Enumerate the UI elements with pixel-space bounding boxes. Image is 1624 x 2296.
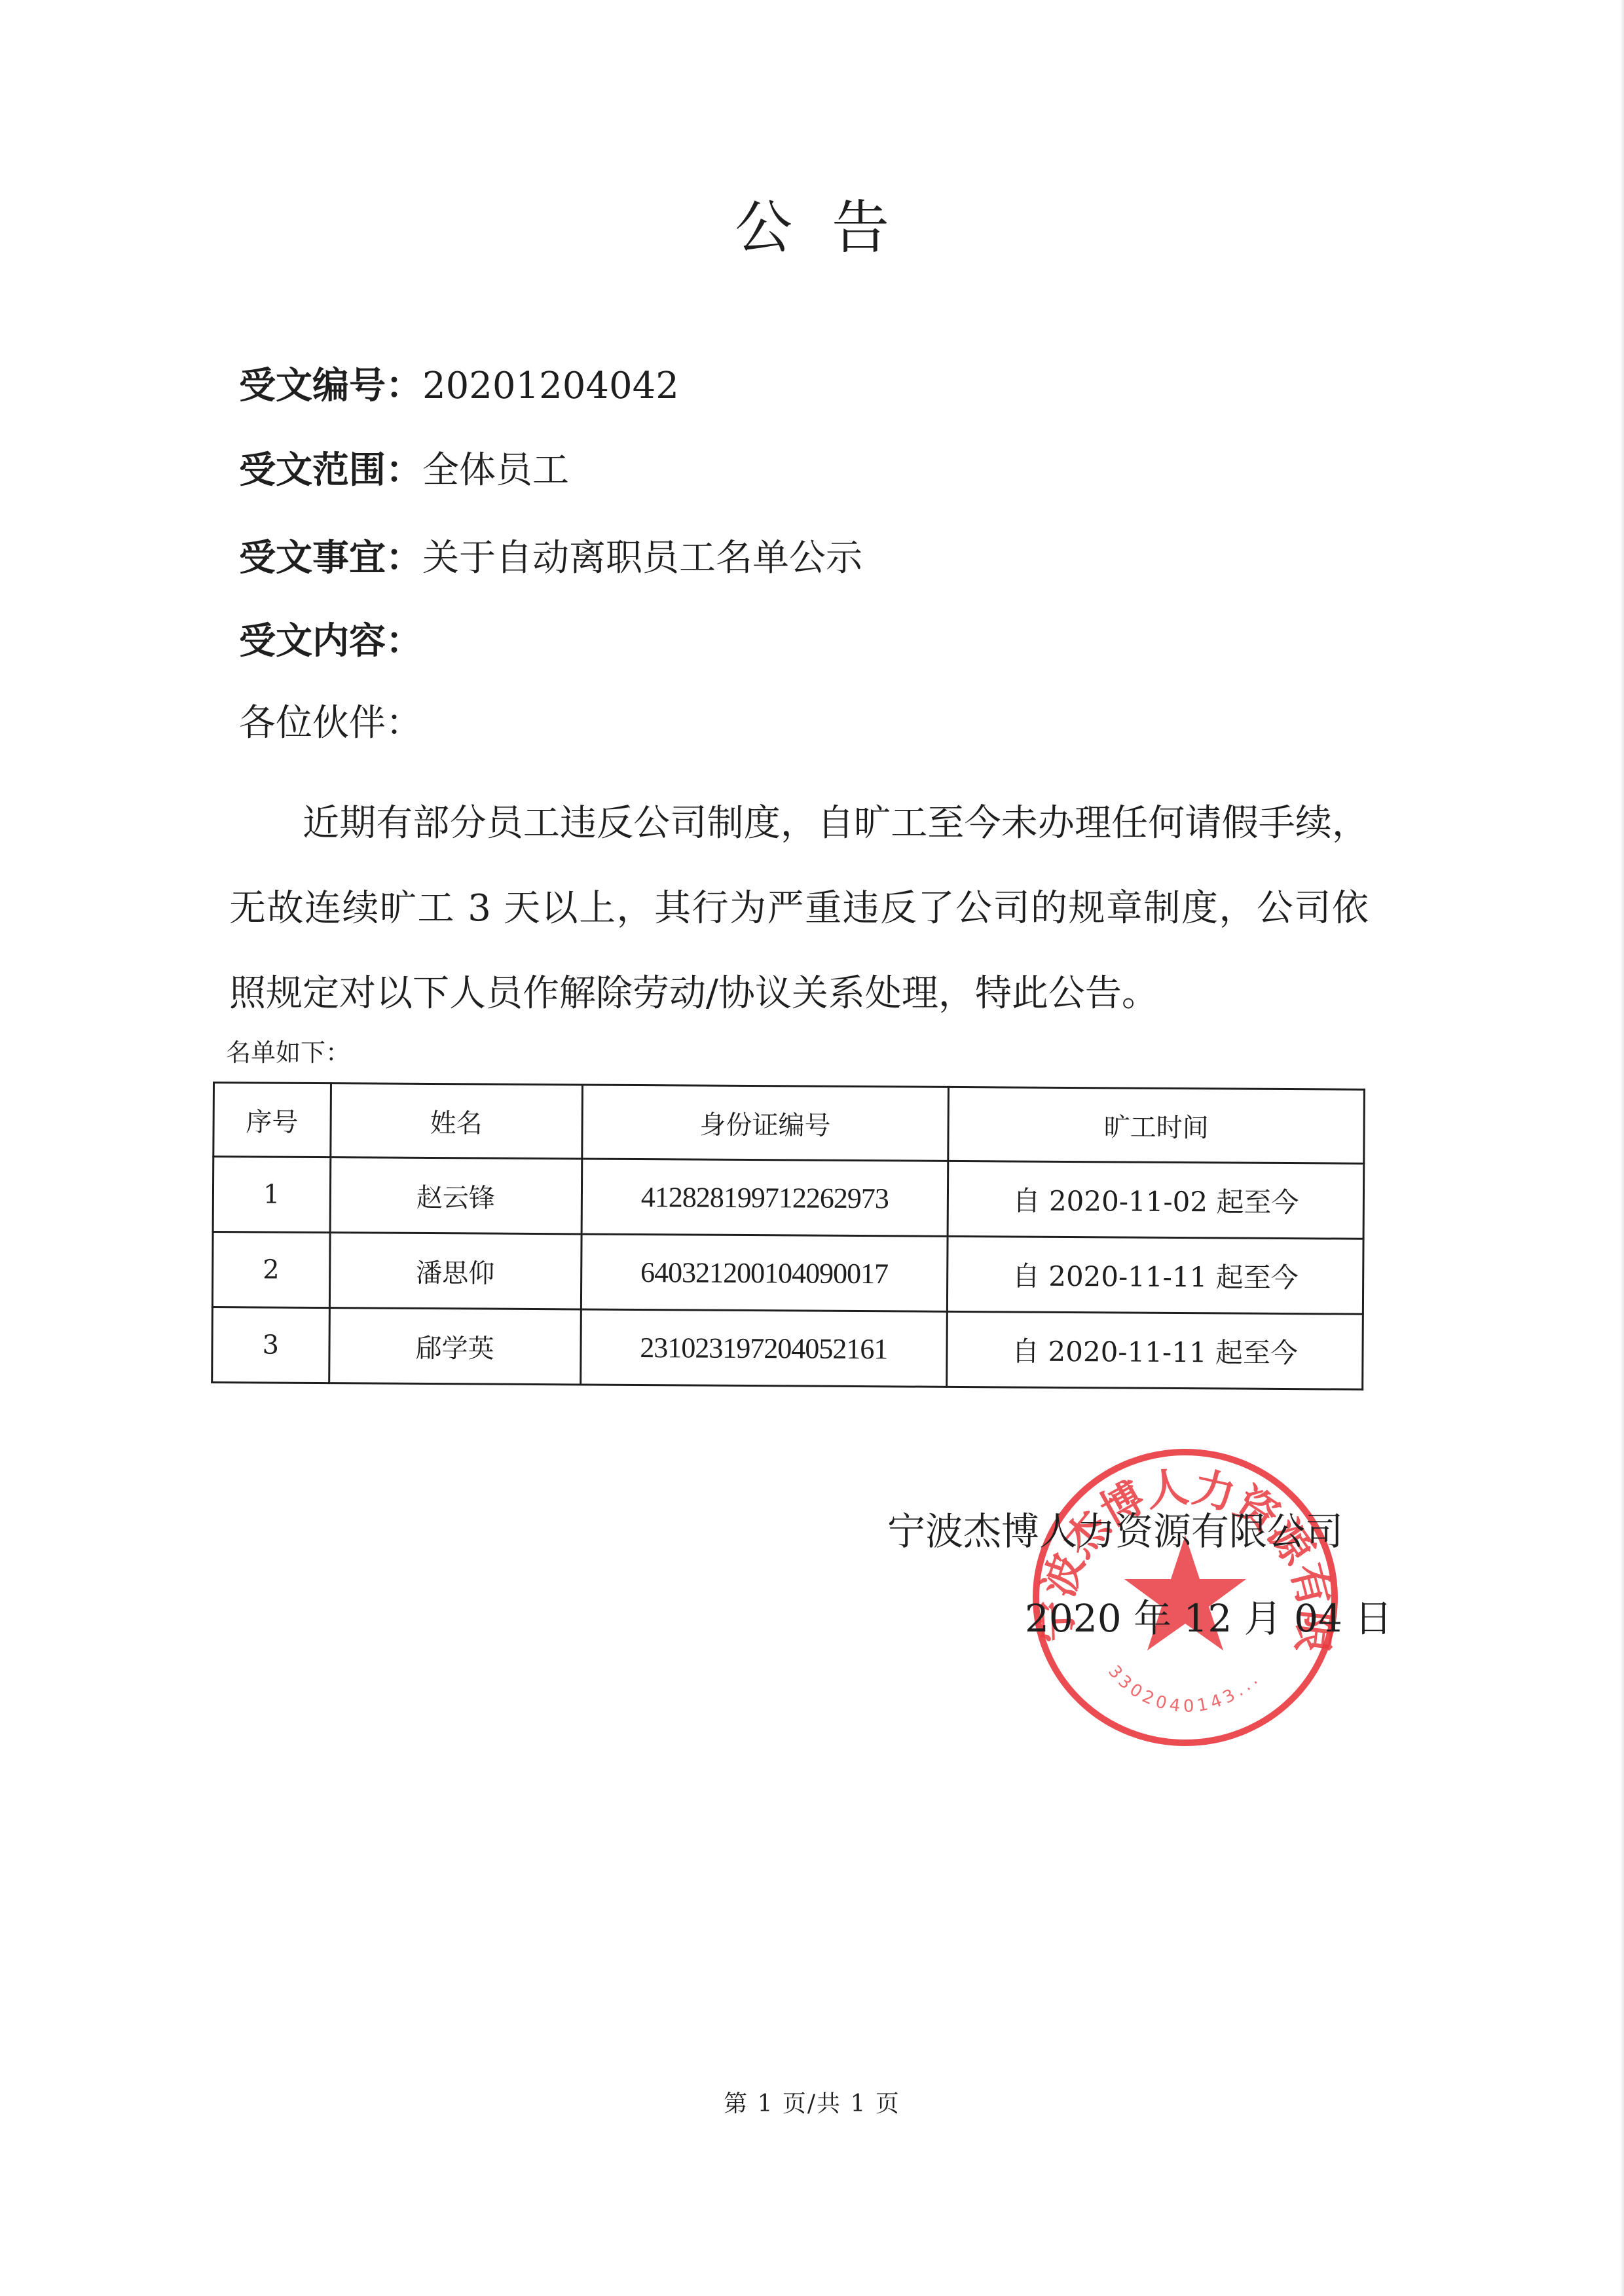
field-value: 20201204042 (422, 365, 679, 407)
field-document-number: 受文编号：20201204042 (239, 363, 679, 409)
svg-text:3302040143...: 3302040143... (1104, 1662, 1264, 1717)
document-page: 公告 受文编号：20201204042 受文范围：全体员工 受文事宜：关于自动离… (0, 0, 1624, 2296)
signature-date: 2020 年 12 月 04 日 (1025, 1595, 1392, 1641)
employee-table: 序号 姓名 身份证编号 旷工时间 1 赵云锋 41282819971226297… (211, 1082, 1365, 1391)
salutation: 各位伙伴： (239, 701, 422, 746)
cell-seq: 2 (212, 1232, 329, 1308)
cell-id: 412828199712262973 (581, 1159, 948, 1236)
field-subject: 受文事宜：关于自动离职员工名单公示 (239, 535, 862, 581)
cell-name: 赵云锋 (330, 1157, 582, 1234)
scan-edge (1620, 0, 1624, 2296)
field-value: 关于自动离职员工名单公示 (422, 537, 862, 579)
field-value: 全体员工 (422, 449, 569, 492)
cell-id: 640321200104090017 (581, 1234, 948, 1311)
field-content: 受文内容： (239, 618, 422, 665)
cell-time: 自 2020-11-11 起至今 (947, 1311, 1363, 1389)
field-label: 受文内容： (239, 619, 422, 663)
table-row: 2 潘思仰 640321200104090017 自 2020-11-11 起至… (212, 1232, 1363, 1315)
field-label: 受文事宜： (239, 536, 422, 579)
header-name: 姓名 (330, 1084, 582, 1159)
cell-seq: 1 (213, 1157, 330, 1233)
body-paragraph: 近期有部分员工违反公司制度，自旷工至今未办理任何请假手续，无故连续旷工 3 天以… (229, 781, 1369, 1036)
document-title: 公告 (0, 182, 1624, 264)
cell-name: 郈学英 (329, 1308, 581, 1385)
field-label: 受文范围： (239, 448, 422, 492)
cell-name: 潘思仰 (329, 1233, 581, 1309)
header-seq: 序号 (213, 1083, 331, 1157)
field-label: 受文编号： (239, 364, 422, 407)
header-id: 身份证编号 (581, 1085, 948, 1161)
cell-time: 自 2020-11-02 起至今 (948, 1161, 1364, 1239)
cell-time: 自 2020-11-11 起至今 (948, 1236, 1364, 1314)
cell-id: 231023197204052161 (580, 1309, 947, 1387)
page-footer: 第 1 页/共 1 页 (0, 2085, 1624, 2119)
table-row: 1 赵云锋 412828199712262973 自 2020-11-02 起至… (213, 1157, 1364, 1239)
table-row: 3 郈学英 231023197204052161 自 2020-11-11 起至… (212, 1307, 1363, 1390)
field-scope: 受文范围：全体员工 (239, 447, 569, 494)
list-intro: 名单如下： (226, 1036, 350, 1069)
table-header-row: 序号 姓名 身份证编号 旷工时间 (213, 1083, 1365, 1164)
header-time: 旷工时间 (948, 1087, 1365, 1163)
cell-seq: 3 (212, 1307, 329, 1383)
signature-company: 宁波杰博人力资源有限公司 (887, 1508, 1343, 1554)
